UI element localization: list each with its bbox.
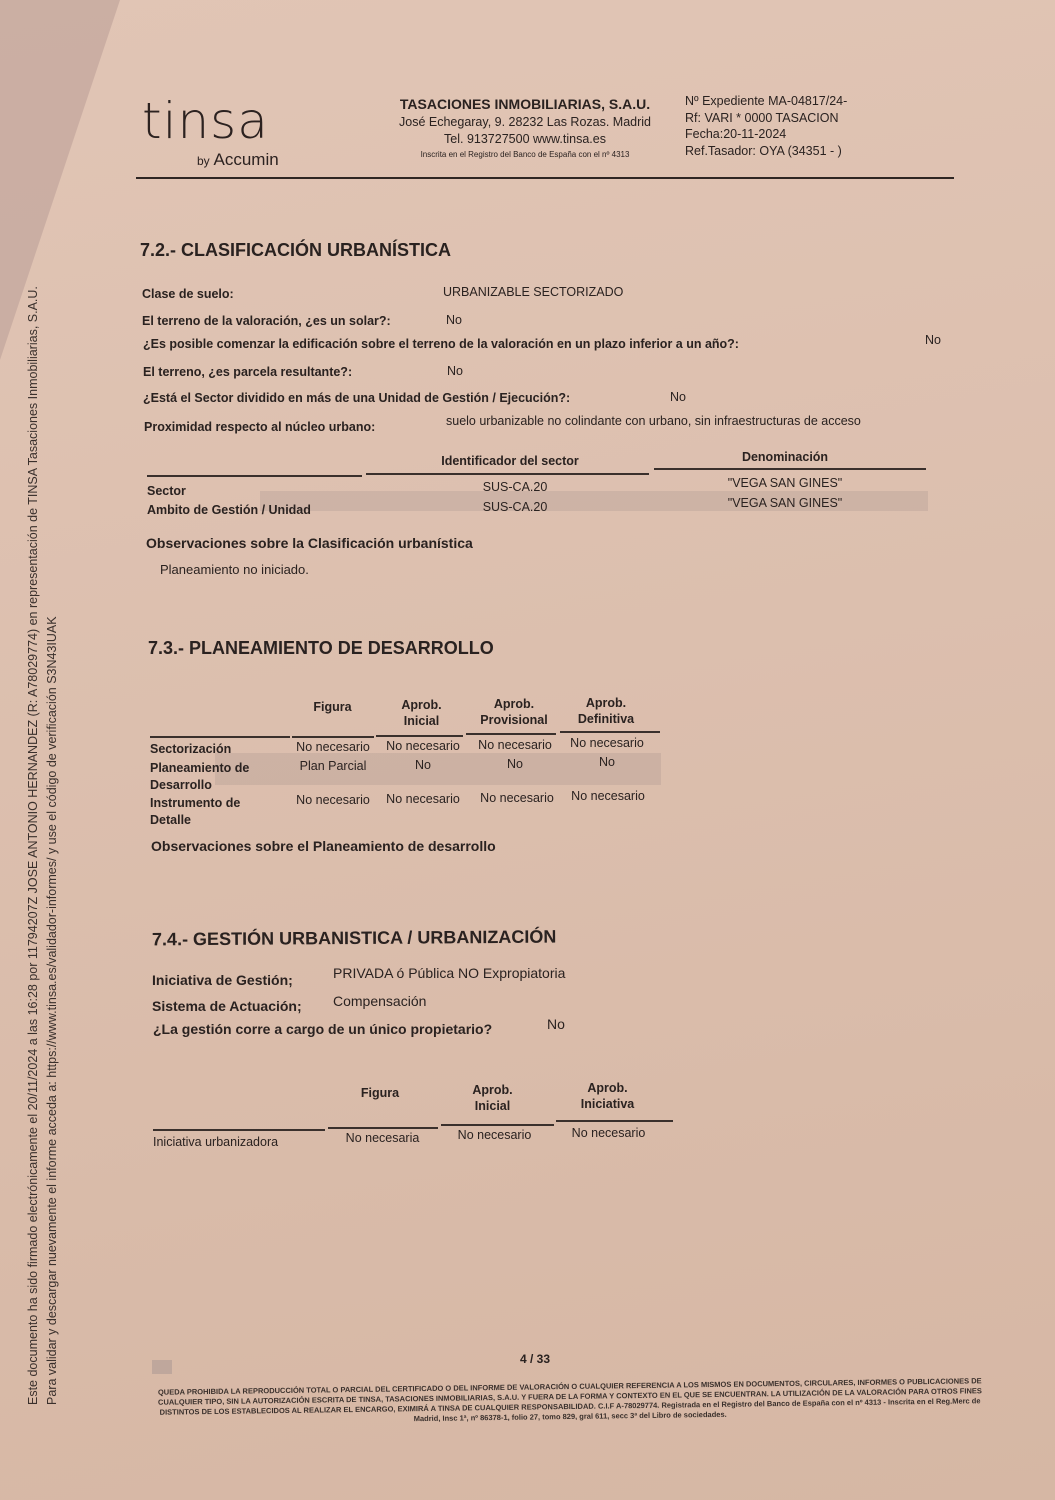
table-rule (153, 1129, 325, 1131)
page-number: 4 / 33 (520, 1352, 550, 1366)
field-value: No (447, 364, 463, 378)
expediente: Nº Expediente MA-04817/24- (685, 93, 847, 110)
ref-tasador: Ref.Tasador: OYA (34351 - ) (685, 143, 847, 160)
column-header: Aprob. Definitiva (565, 695, 647, 727)
table-cell: "VEGA SAN GINES" (690, 496, 880, 510)
signature-line-1: Este documento ha sido firmado electróni… (24, 286, 43, 1405)
field-value: suelo urbanizable no colindante con urba… (446, 414, 861, 428)
column-header: Identificador del sector (400, 454, 620, 468)
column-header: Aprob. Inicial (384, 697, 459, 729)
table-rule (560, 731, 660, 733)
document-page: Este documento ha sido firmado electróni… (0, 0, 1055, 1500)
table-cell: No necesario (380, 739, 466, 753)
logo-brand: Accumin (213, 150, 278, 169)
table-cell: SUS-CA.20 (430, 480, 600, 494)
field-value: URBANIZABLE SECTORIZADO (443, 285, 623, 299)
table-row-label: Instrumento de Detalle (150, 795, 280, 829)
field-value: No (547, 1016, 565, 1032)
tinsa-logo: tinsa by Accumin (142, 96, 269, 146)
table-rule (466, 733, 556, 735)
field-label: Sistema de Actuación; (152, 998, 302, 1014)
column-header: Aprob. Provisional (470, 696, 558, 728)
legal-notice: QUEDA PROHIBIDA LA REPRODUCCIÓN TOTAL O … (150, 1376, 990, 1428)
column-header: Figura (335, 1086, 425, 1100)
table-cell: No necesario (472, 738, 558, 752)
section-title-7-3: 7.3.- PLANEAMIENTO DE DESARROLLO (148, 638, 494, 659)
logo-by: by (197, 154, 210, 168)
table-rule (366, 473, 649, 475)
company-block: TASACIONES INMOBILIARIAS, S.A.U. José Ec… (385, 96, 665, 159)
field-label: El terreno de la valoración, ¿es un sola… (142, 314, 391, 328)
table-rule (556, 1120, 673, 1122)
fecha: Fecha:20-11-2024 (685, 126, 847, 143)
observations-title: Observaciones sobre el Planeamiento de d… (151, 838, 496, 854)
column-header: Aprob. Inicial (455, 1082, 530, 1114)
field-label: ¿Es posible comenzar la edificación sobr… (143, 337, 739, 351)
table-cell: No necesario (556, 1126, 661, 1140)
header-divider (136, 177, 954, 179)
column-header: Figura (290, 700, 375, 714)
field-value: No (925, 333, 941, 347)
table-rule (441, 1124, 554, 1126)
company-registry: Inscrita en el Registro del Banco de Esp… (385, 150, 665, 159)
section-title-7-2: 7.2.- CLASIFICACIÓN URBANÍSTICA (140, 240, 451, 261)
table-rule (328, 1127, 438, 1129)
table-row-label: Ambito de Gestión / Unidad (147, 502, 311, 519)
table-row-label: Iniciativa urbanizadora (153, 1135, 278, 1149)
logo-subtitle: by Accumin (197, 150, 279, 170)
file-reference: Nº Expediente MA-04817/24- Rf: VARI * 00… (685, 93, 847, 159)
table-cell: No necesario (565, 789, 651, 803)
table-rule (654, 468, 926, 470)
table-row-label: Sectorización (150, 741, 280, 758)
rf: Rf: VARI * 0000 TASACION (685, 110, 847, 127)
table-cell: No necesario (290, 740, 376, 754)
table-row-label: Sector (147, 483, 186, 500)
table-row-label: Planeamiento de Desarrollo (150, 760, 280, 794)
stamp-mark (152, 1360, 172, 1374)
field-label: ¿La gestión corre a cargo de un único pr… (153, 1021, 492, 1037)
logo-text: tinsa (142, 96, 269, 146)
observations-title: Observaciones sobre la Clasificación urb… (146, 535, 473, 551)
column-header: Denominación (670, 450, 900, 464)
table-cell: Plan Parcial (290, 759, 376, 773)
table-cell: No necesario (564, 736, 650, 750)
section-title-7-4: 7.4.- GESTIÓN URBANISTICA / URBANIZACIÓN (152, 927, 556, 951)
observations-text: Planeamiento no iniciado. (160, 562, 309, 577)
field-label: Clase de suelo: (142, 287, 234, 301)
table-cell: SUS-CA.20 (430, 500, 600, 514)
table-cell: No necesario (442, 1128, 547, 1142)
field-label: El terreno, ¿es parcela resultante?: (143, 365, 352, 379)
signature-line-2: Para validar y descargar nuevamente el i… (43, 286, 62, 1405)
table-cell: "VEGA SAN GINES" (690, 476, 880, 490)
company-contact: Tel. 913727500 www.tinsa.es (385, 132, 665, 146)
field-value: No (446, 313, 462, 327)
table-rule (150, 736, 290, 738)
table-cell: No necesaria (330, 1131, 435, 1145)
field-value: No (670, 390, 686, 404)
table-cell: No (564, 755, 650, 769)
field-value: PRIVADA ó Pública NO Expropiatoria (333, 965, 565, 981)
table-cell: No necesario (290, 793, 376, 807)
table-cell: No (472, 757, 558, 771)
table-cell: No necesario (380, 792, 466, 806)
table-rule (147, 475, 362, 477)
field-label: Iniciativa de Gestión; (152, 972, 293, 988)
table-rule (376, 735, 463, 737)
table-cell: No (380, 758, 466, 772)
field-value: Compensación (333, 993, 426, 1009)
table-cell: No necesario (474, 791, 560, 805)
company-address: José Echegaray, 9. 28232 Las Rozas. Madr… (385, 115, 665, 129)
table-rule (292, 736, 374, 738)
field-label: ¿Está el Sector dividido en más de una U… (143, 391, 570, 405)
field-label: Proximidad respecto al núcleo urbano: (144, 420, 375, 434)
column-header: Aprob. Iniciativa (565, 1080, 650, 1112)
signature-notice: Este documento ha sido firmado electróni… (24, 286, 62, 1405)
company-name: TASACIONES INMOBILIARIAS, S.A.U. (385, 96, 665, 112)
